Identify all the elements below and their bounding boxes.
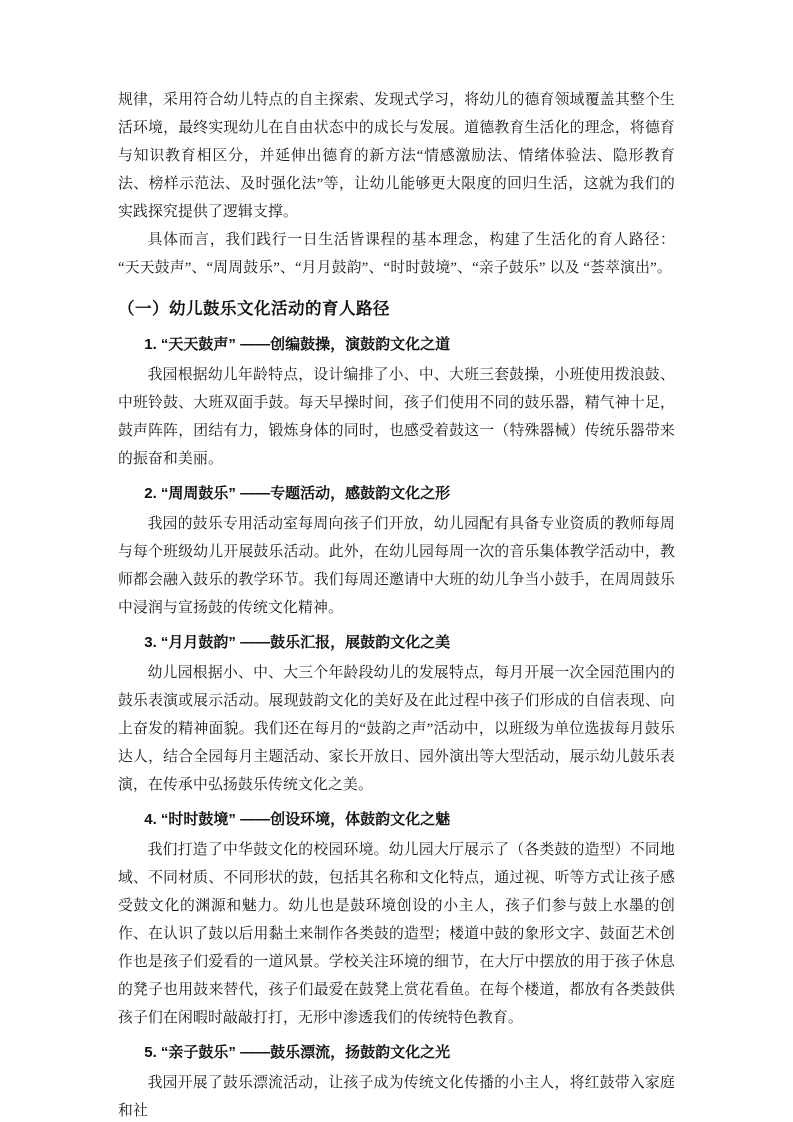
subsection-3-body: 幼儿园根据小、中、大三个年龄段幼儿的发展特点，每月开展一次全园范围内的鼓乐表演或… (118, 659, 675, 799)
subsection-2-body: 我园的鼓乐专用活动室每周向孩子们开放，幼儿园配有具备专业资质的教师每周与每个班级… (118, 510, 675, 622)
paragraph-overview: 具体而言，我们践行一日生活皆课程的基本理念，构建了生活化的育人路径：“天天鼓声”… (118, 226, 675, 282)
subsection-5-title: 5. “亲子鼓乐” ——鼓乐漂流，扬鼓韵文化之光 (118, 1039, 675, 1067)
subsection-1-body: 我园根据幼儿年龄特点，设计编排了小、中、大班三套鼓操，小班使用拨浪鼓、中班铃鼓、… (118, 361, 675, 473)
paragraph-continuation: 规律，采用符合幼儿特点的自主探索、发现式学习，将幼儿的德育领域覆盖其整个生活环境… (118, 86, 675, 226)
subsection-4-title: 4. “时时鼓境” ——创设环境，体鼓韵文化之魅 (118, 806, 675, 834)
subsection-3-title: 3. “月月鼓韵” ——鼓乐汇报，展鼓韵文化之美 (118, 629, 675, 657)
section-heading-1: （一）幼儿鼓乐文化活动的育人路径 (118, 295, 675, 323)
subsection-2-title: 2. “周周鼓乐” ——专题活动，感鼓韵文化之形 (118, 480, 675, 508)
subsection-5-body: 我园开展了鼓乐漂流活动，让孩子成为传统文化传播的小主人，将红鼓带入家庭和社 (118, 1069, 675, 1122)
subsection-1-title: 1. “天天鼓声” ——创编鼓操，演鼓韵文化之道 (118, 331, 675, 359)
subsection-4-body: 我们打造了中华鼓文化的校园环境。幼儿园大厅展示了（各类鼓的造型）不同地域、不同材… (118, 836, 675, 1032)
document-page: 规律，采用符合幼儿特点的自主探索、发现式学习，将幼儿的德育领域覆盖其整个生活环境… (0, 0, 793, 1122)
